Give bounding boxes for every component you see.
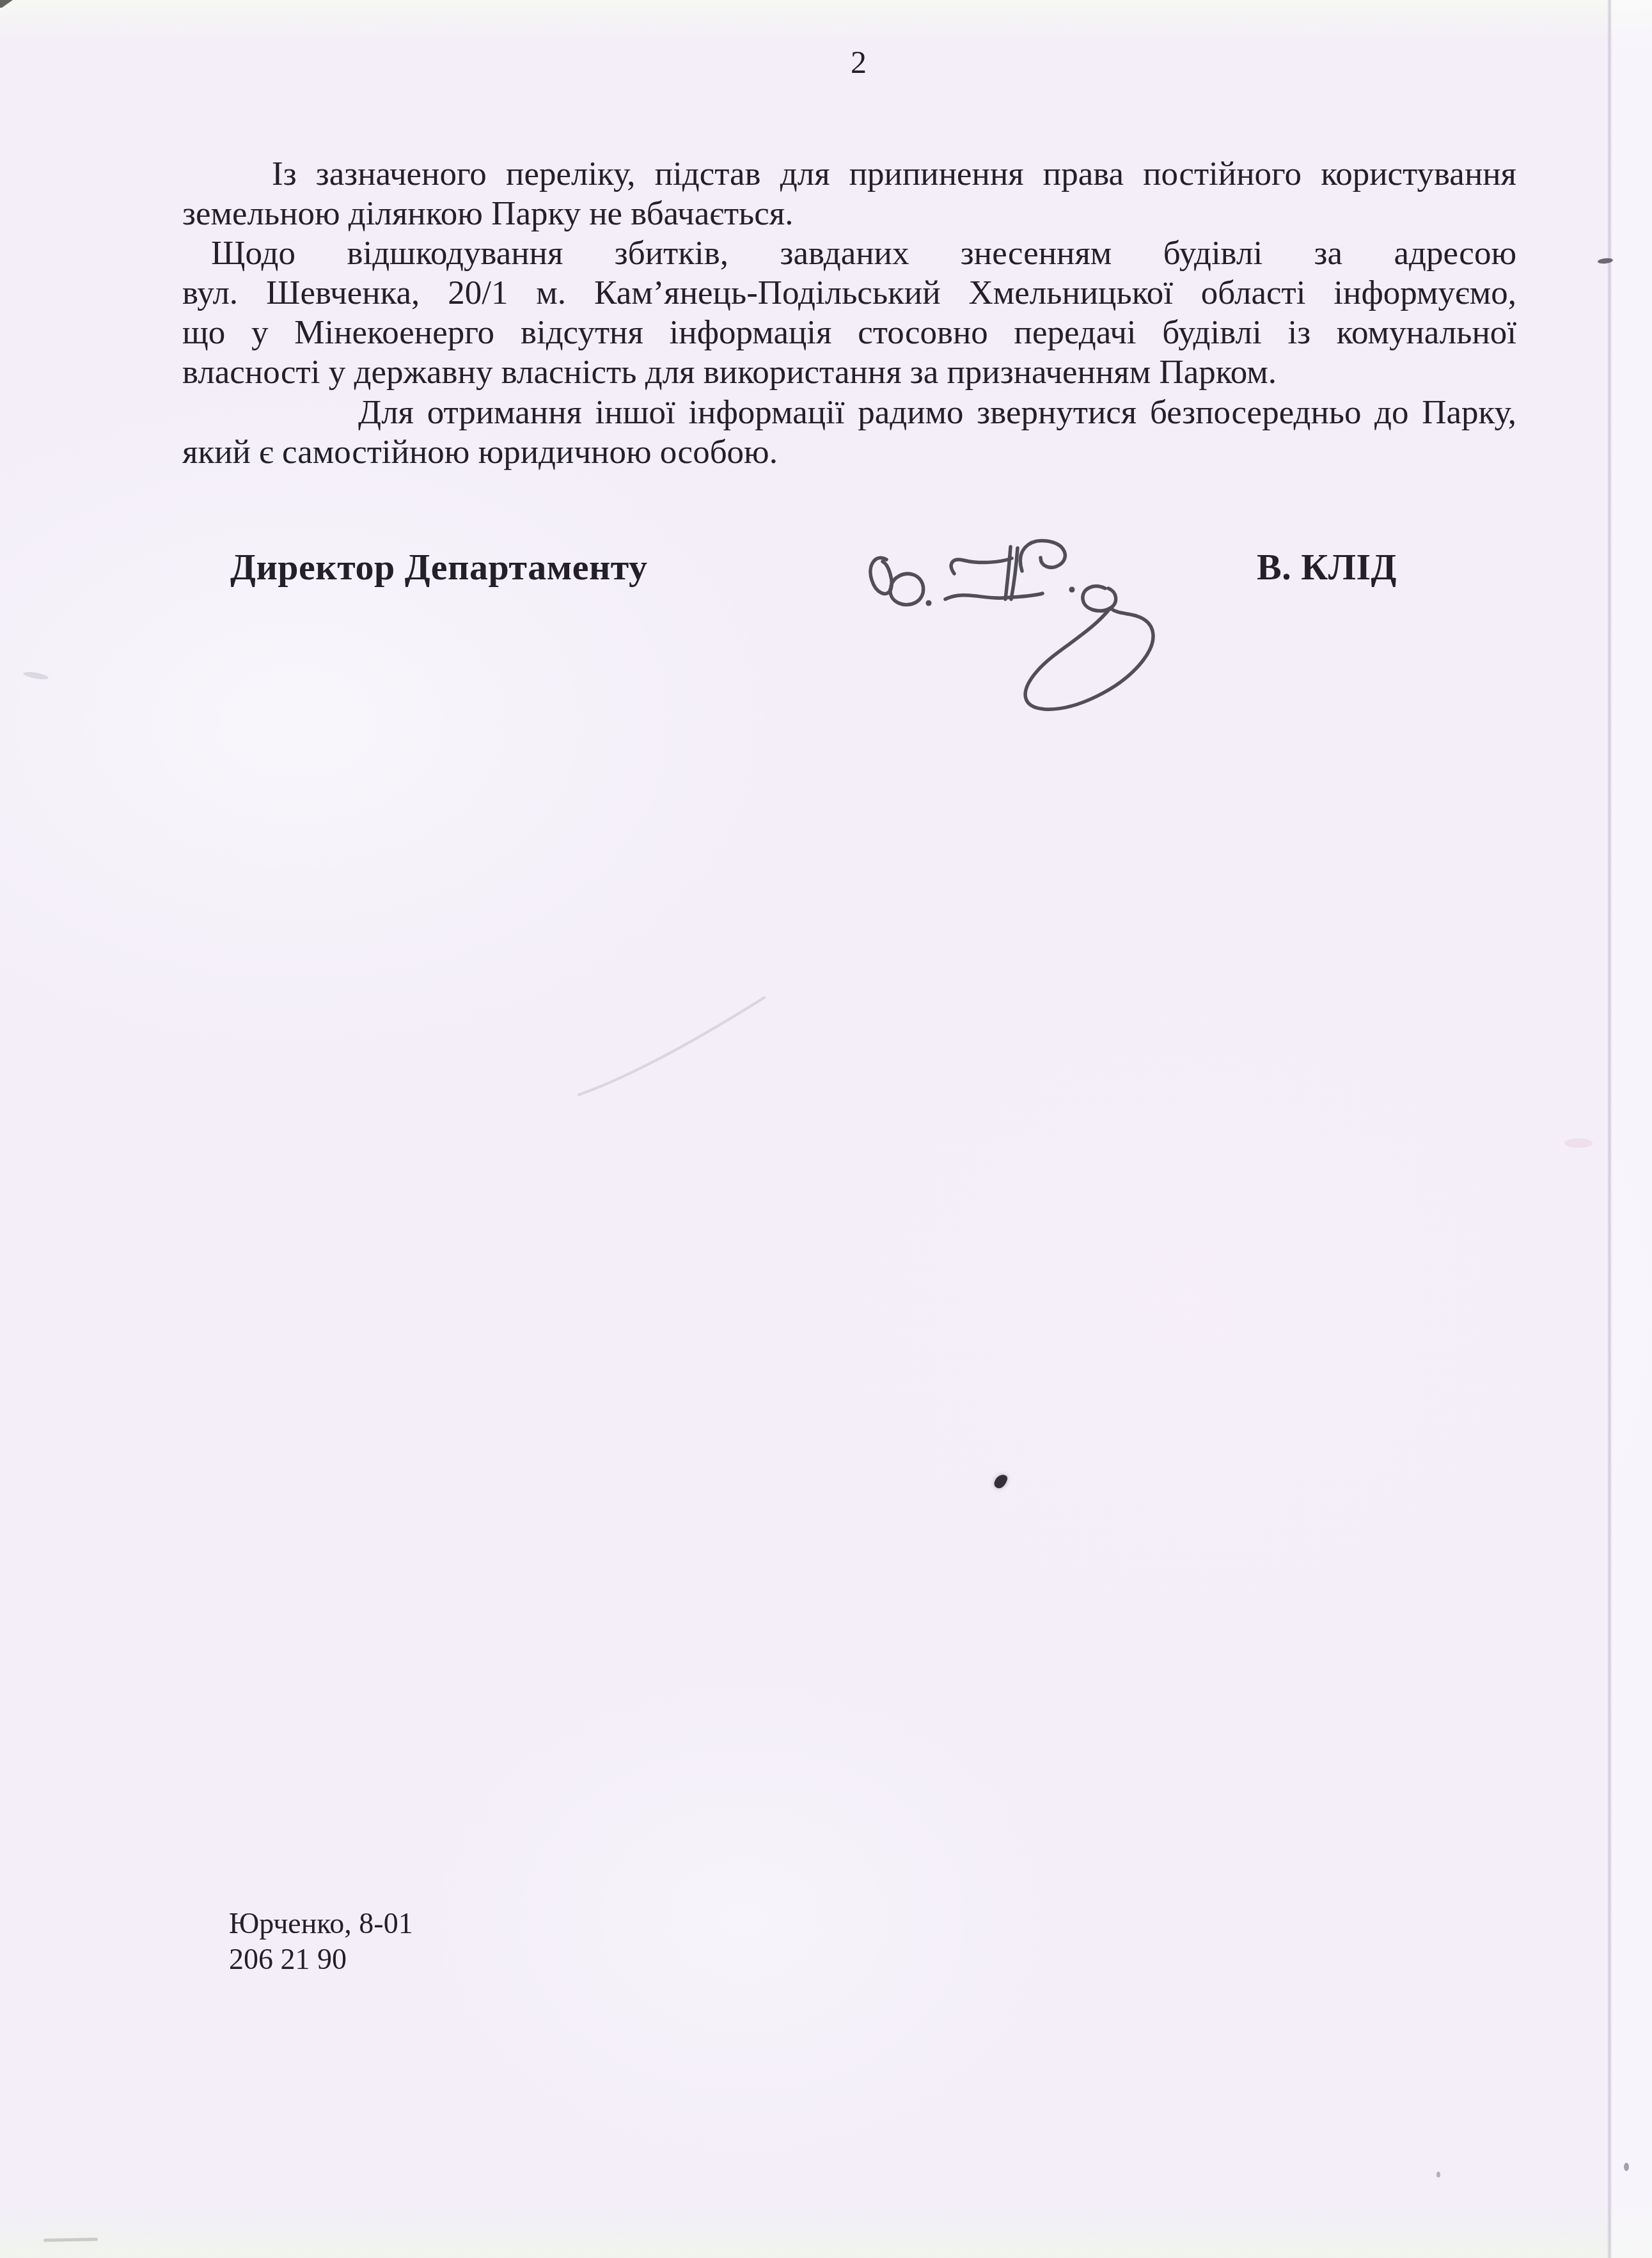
scan-artifact-corner-mark xyxy=(0,0,13,8)
paragraph3-line1: Для отримання іншої інформації радимо зв… xyxy=(182,393,1516,432)
footer-phone: 206 21 90 xyxy=(229,1941,347,1977)
signature-dot-1 xyxy=(926,600,932,606)
handwritten-signature xyxy=(851,528,1190,719)
scanned-letter-page: { "content": { "page_number": "2", "para… xyxy=(0,0,1652,2258)
scan-artifact-right-band xyxy=(1612,0,1652,2258)
paragraph2-line3: що у Мінекоенерго відсутня інформація ст… xyxy=(182,313,1516,352)
scan-artifact-bottom-dash xyxy=(43,2238,98,2241)
paragraph2-line2: вул. Шевченка, 20/1 м. Кам’янець-Подільс… xyxy=(182,273,1516,313)
signature-letter-v xyxy=(870,558,892,593)
paragraph3-line2: який є самостійною юридичною особою. xyxy=(182,432,1516,472)
signer-position-title: Директор Департаменту xyxy=(230,549,648,586)
scan-artifact-ghost-arc xyxy=(544,985,799,1113)
scan-artifact-ink-blot xyxy=(993,1473,1009,1491)
signer-name: В. КЛІД xyxy=(1257,549,1397,586)
signature-c-hook xyxy=(1020,540,1065,571)
signature-baseline xyxy=(945,593,1042,599)
signature-teardrop-loop xyxy=(1025,608,1153,709)
scan-artifact-pink-smudge xyxy=(1564,1138,1593,1148)
signature-letter-v-bowl xyxy=(890,574,924,604)
scan-artifact-fold-crease xyxy=(1607,0,1612,2258)
paragraph1-line1: Із зазначеного переліку, підстав для при… xyxy=(182,154,1516,194)
scan-artifact-left-dash xyxy=(23,671,49,681)
signature-top-bar xyxy=(951,558,1012,574)
signature-vertical-1 xyxy=(1005,547,1011,599)
scan-artifact-speck-1 xyxy=(1624,2163,1629,2171)
page-number: 2 xyxy=(851,46,867,78)
signature-vertical-2 xyxy=(1011,548,1018,599)
paragraph2-line4: власності у державну власність для викор… xyxy=(182,352,1516,392)
scan-artifact-speck-2 xyxy=(1436,2172,1440,2177)
paragraph1-line2: земельною ділянкою Парку не вбачається. xyxy=(182,194,1516,233)
paragraph2-line1: Щодо відшкодування збитків, завданих зне… xyxy=(182,233,1516,273)
signature-dot-2 xyxy=(1069,587,1075,593)
footer-executor: Юрченко, 8-01 xyxy=(229,1906,413,1941)
